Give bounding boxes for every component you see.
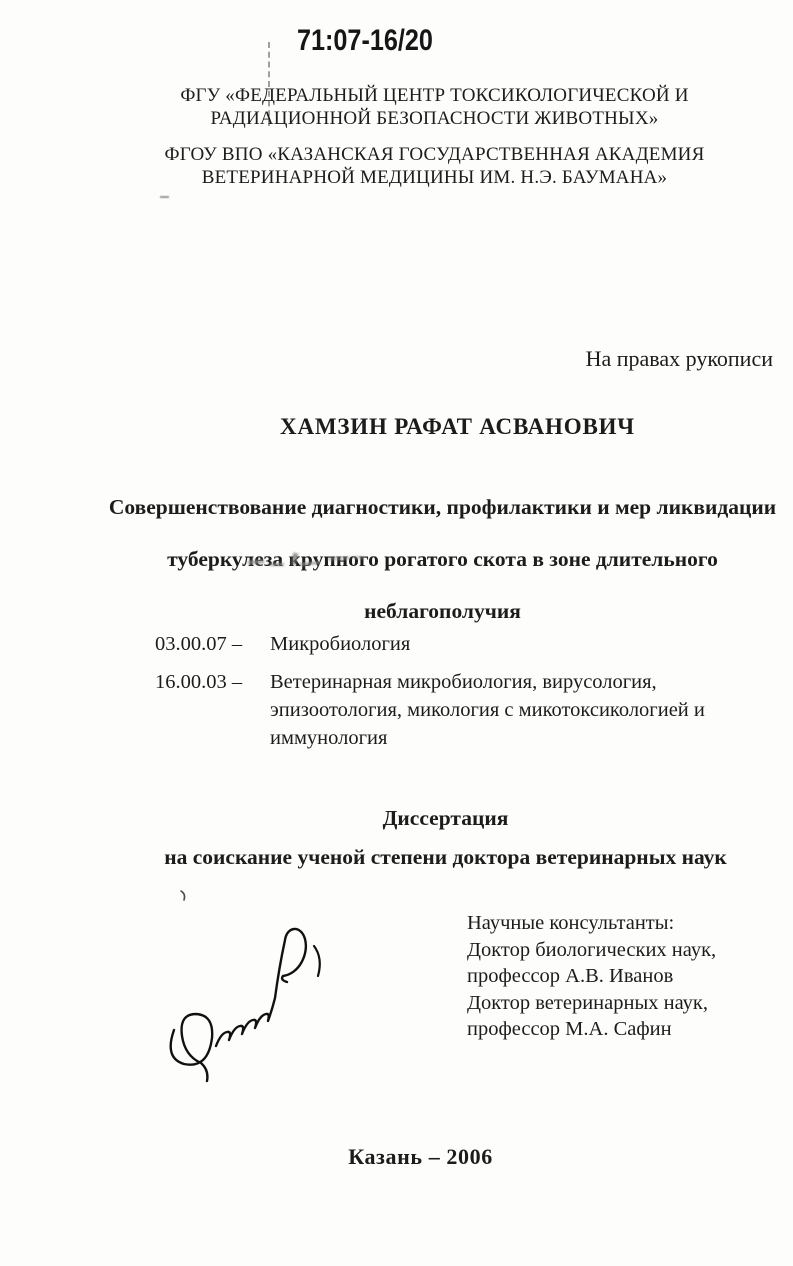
organization-2-line-2: ВЕТЕРИНАРНОЙ МЕДИЦИНЫ ИМ. Н.Э. БАУМАНА»: [38, 166, 793, 189]
organization-2-line-1: ФГОУ ВПО «КАЗАНСКАЯ ГОСУДАРСТВЕННАЯ АКАД…: [38, 143, 793, 166]
erasure-smudge: [248, 551, 368, 571]
specialty-item-1: 03.00.07 – Микробиология: [155, 630, 740, 658]
consultant-line-1: Доктор биологических наук,: [467, 937, 716, 964]
signature-slash-stroke: [314, 946, 320, 976]
consultant-line-2: профессор А.В. Иванов: [467, 963, 716, 990]
consultants-heading: Научные консультанты:: [467, 910, 716, 937]
document-type: Диссертация: [49, 806, 793, 831]
title-line-2: туберкулеза крупного рогатого скота в зо…: [46, 533, 793, 585]
consultant-line-4: профессор М.А. Сафин: [467, 1016, 716, 1043]
footer-city-year: Казань – 2006: [24, 1144, 793, 1170]
author-name: ХАМЗИН РАФАТ АСВАНОВИЧ: [61, 414, 793, 440]
degree-purpose-line: на соискание ученой степени доктора вете…: [49, 845, 793, 870]
signature-stroke: [171, 929, 306, 1081]
organization-1-line-1: ФГУ «ФЕДЕРАЛЬНЫЙ ЦЕНТР ТОКСИКОЛОГИЧЕСКОЙ…: [38, 84, 793, 107]
specialty-1-code: 03.00.07 –: [155, 630, 270, 658]
consultants-block: Научные консультанты: Доктор биологическ…: [467, 910, 716, 1043]
organization-2: ФГОУ ВПО «КАЗАНСКАЯ ГОСУДАРСТВЕННАЯ АКАД…: [38, 143, 793, 189]
specialty-2-name: Ветеринарная микробиология, вирусология,…: [270, 668, 740, 752]
margin-tick-mark: [160, 196, 169, 198]
dissertation-title: Совершенствование диагностики, профилакт…: [46, 481, 793, 637]
dissertation-title-page: 71:07-16/20 ФГУ «ФЕДЕРАЛЬНЫЙ ЦЕНТР ТОКСИ…: [0, 0, 793, 1266]
specialty-2-code: 16.00.03 –: [155, 668, 270, 696]
signature-image: [130, 878, 360, 1093]
organizations-header: ФГУ «ФЕДЕРАЛЬНЫЙ ЦЕНТР ТОКСИКОЛОГИЧЕСКОЙ…: [38, 84, 793, 189]
consultant-line-3: Доктор ветеринарных наук,: [467, 990, 716, 1017]
organization-1: ФГУ «ФЕДЕРАЛЬНЫЙ ЦЕНТР ТОКСИКОЛОГИЧЕСКОЙ…: [38, 84, 793, 130]
manuscript-rights-note: На правах рукописи: [586, 346, 773, 372]
specialties-list: 03.00.07 – Микробиология 16.00.03 – Вете…: [155, 630, 740, 752]
specialty-1-name: Микробиология: [270, 630, 410, 658]
title-line-1: Совершенствование диагностики, профилакт…: [46, 481, 793, 533]
organization-1-line-2: РАДИАЦИОННОЙ БЕЗОПАСНОСТИ ЖИВОТНЫХ»: [38, 107, 793, 130]
stamp-number: 71:07-16/20: [297, 24, 433, 58]
signature-apostrophe-mark: [181, 891, 185, 900]
specialty-item-2: 16.00.03 – Ветеринарная микробиология, в…: [155, 668, 740, 752]
